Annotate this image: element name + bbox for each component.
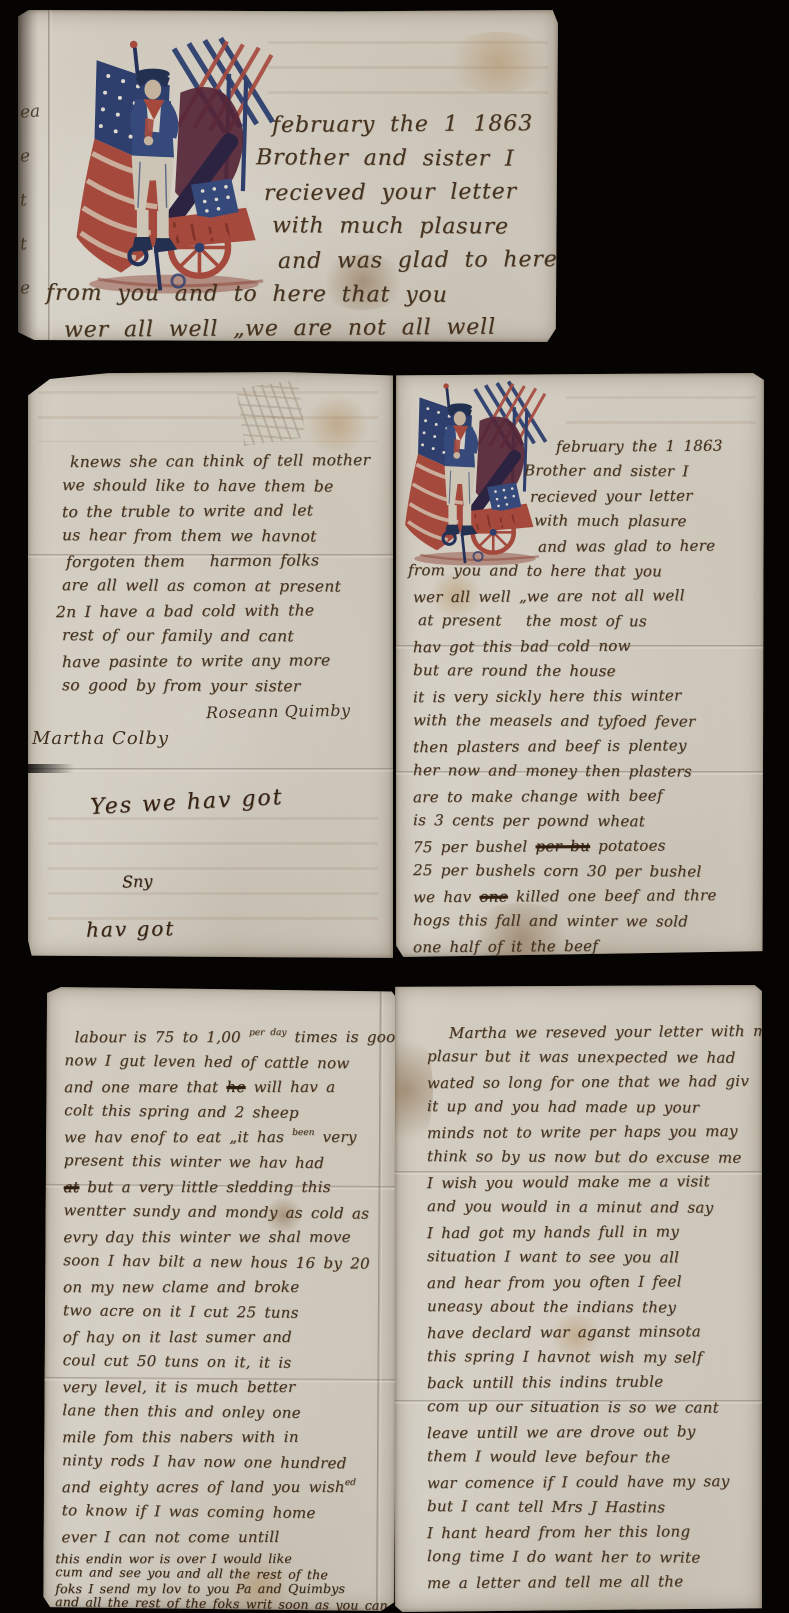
handwriting-line: leave untill we are drove out by	[427, 1422, 760, 1449]
handwriting-line: very level, it is much better	[62, 1378, 394, 1403]
interlinear-insertion: been	[292, 1128, 314, 1138]
handwriting-line: then plasters and beef is plentey	[413, 736, 762, 763]
handwriting-line: it is very sickly here this winter	[413, 686, 762, 713]
handwriting-line: from you and to here that you	[408, 561, 762, 588]
handwriting-block-cramped: this endin wor is over I would like cum …	[55, 1550, 393, 1611]
handwriting-line: february the 1 1863	[556, 436, 762, 462]
interlinear-insertion: per day	[249, 1028, 286, 1038]
ink-showthrough	[566, 381, 756, 433]
handwriting-line: mile fom this nabers with in	[62, 1428, 394, 1453]
handwriting-line: wer all well „we are not all well	[64, 314, 556, 342]
handwriting-line: evry day this winter we shal move	[63, 1228, 395, 1253]
handwriting-line: and you would in a minut and say	[427, 1197, 760, 1224]
letter-page-bottom-right: Martha we reseved your letter with much …	[395, 985, 762, 1612]
handwriting-line: have declard war aganst minsota	[427, 1322, 760, 1349]
handwriting-line: me a letter and tell me all the	[427, 1572, 760, 1599]
ink-showthrough	[38, 376, 378, 442]
handwriting-segment: and one mare that	[64, 1078, 226, 1096]
handwriting-segment: and eighty acres of land you wish	[62, 1478, 345, 1496]
handwriting-line: so good by from your sister	[62, 676, 391, 703]
handwriting-line: think so by us now but do excuse me	[427, 1147, 760, 1174]
handwriting-line: to the truble to write and let	[62, 501, 391, 528]
handwriting-line: wer all well „we are not all well	[413, 586, 762, 613]
handwriting-line: minds not to write per haps you may	[427, 1122, 760, 1149]
handwriting-line: we hav one killed one beef and thre	[413, 886, 762, 913]
crossed-out-text: per bu	[535, 837, 590, 855]
crossed-out-text: at	[64, 1178, 80, 1196]
handwriting-line: knews she can think of tell mother	[70, 451, 391, 478]
handwriting-line: are all well as comon at present	[62, 576, 391, 603]
handwriting-line: I had got my hands full in my	[427, 1222, 760, 1249]
handwriting-line: Martha we reseved your letter with much	[449, 1022, 760, 1049]
pen-trial-scrawl: Sny	[122, 871, 153, 891]
handwriting-segment: but a very little sledding this	[79, 1178, 331, 1196]
handwriting-line: hav got this bad cold now	[413, 636, 762, 663]
handwriting-line: and eighty acres of land you wished	[62, 1478, 394, 1503]
handwriting-block: Martha we reseved your letter with much …	[407, 1023, 760, 1598]
handwriting-segment: we hav	[413, 888, 480, 906]
handwriting-line: two acre on it I cut 25 tuns	[63, 1301, 395, 1330]
handwriting-line: we should like to have them be	[62, 476, 391, 503]
handwriting-line: and all the rest of the foks writ soon a…	[55, 1594, 393, 1611]
handwriting-line: labour is 75 to 1,00 per day times is go…	[75, 1028, 397, 1053]
handwriting-segment: very	[314, 1128, 356, 1146]
handwriting-line: at but a very little sledding this	[64, 1178, 396, 1203]
handwriting-line: are to make change with beef	[413, 786, 762, 813]
handwriting-line: and one mare that he will hav a	[64, 1078, 396, 1103]
handwriting-line: lane then this and onley one	[62, 1401, 394, 1430]
handwriting-line: plasur but it was unexpected we had	[427, 1047, 760, 1074]
handwriting-block: knews she can think of tell mother we sh…	[40, 452, 391, 702]
handwriting-line: recieved your letter	[530, 486, 762, 513]
handwriting-line: us hear from them we havnot	[62, 526, 391, 553]
signature-martha: Martha Colby	[32, 728, 169, 749]
handwriting-line: I hant heard from her this long	[427, 1522, 760, 1549]
fold-crease	[28, 768, 393, 772]
letter-scan-composite: eaette february the 1 1863 Brother and s…	[0, 0, 789, 1613]
handwriting-segment: potatoes	[590, 836, 666, 855]
handwriting-line: wentter sundy and mondy as cold as	[63, 1201, 395, 1230]
handwriting-line: is 3 cents per pownd wheat	[413, 811, 762, 838]
letter-page-top: eaette february the 1 1863 Brother and s…	[18, 10, 558, 342]
handwriting-line: situation I want to see you all	[427, 1247, 760, 1274]
handwriting-line: them I would leve befour the	[427, 1447, 760, 1474]
handwriting-line: with much plasure	[534, 511, 762, 537]
handwriting-segment: we hav enof to eat „it has	[64, 1128, 292, 1146]
handwriting-line: coul cut 50 tuns on it, it is	[62, 1351, 394, 1380]
handwriting-segment: times is good to	[286, 1028, 398, 1046]
handwriting-line: of hay on it last sumer and	[63, 1328, 395, 1353]
handwriting-line: I wish you would make me a visit	[427, 1172, 760, 1199]
handwriting-line: 25 per bushels corn 30 per bushel	[413, 861, 762, 888]
handwriting-line: present this winter we hav had	[64, 1151, 396, 1180]
handwriting-block: february the 1 1863 Brother and sister I…	[30, 112, 556, 342]
handwriting-segment: 75 per bushel	[413, 837, 536, 856]
handwriting-line: have pasinte to write any more	[62, 651, 391, 678]
crossed-out-text: one	[479, 888, 508, 906]
handwriting-line: hogs this fall and winter we sold	[413, 911, 762, 938]
handwriting-block: february the 1 1863 Brother and sister I…	[408, 437, 762, 957]
handwriting-line: february the 1 1863	[272, 111, 556, 147]
handwriting-line: Brother and sister I	[524, 461, 762, 487]
handwriting-line: at present the most of us	[418, 611, 762, 638]
handwriting-line: it up and you had made up your	[427, 1097, 760, 1124]
handwriting-line: now I gut leven hed of cattle now	[64, 1051, 396, 1080]
crossed-out-text: he	[226, 1078, 245, 1096]
signature-roseann: Roseann Quimby	[206, 701, 351, 723]
handwriting-line: war comence if I could have my say	[427, 1472, 760, 1499]
handwriting-line: 75 per bushel per bu potatoes	[413, 836, 762, 863]
handwriting-line: one half of it the beef	[413, 936, 762, 957]
handwriting-line: forgoten them harmon folks	[66, 551, 391, 578]
interlinear-insertion: ed	[345, 1478, 356, 1488]
handwriting-line: recieved your letter	[264, 179, 556, 215]
handwriting-line: but I cant tell Mrs J Hastins	[427, 1497, 760, 1524]
pen-trial-scrawl: hav got	[86, 916, 176, 942]
handwriting-line: but are round the house	[413, 661, 762, 688]
handwriting-line: rest of our family and cant	[62, 626, 391, 653]
handwriting-line: long time I do want her to write	[427, 1547, 760, 1574]
handwriting-line: her now and money then plasters	[413, 761, 762, 788]
handwriting-line: with the measels and tyfoed fever	[413, 711, 762, 738]
handwriting-line: and was glad to here	[538, 536, 762, 563]
handwriting-line: and hear from you often I feel	[427, 1272, 760, 1299]
handwriting-line: ninty rods I hav now one hundred	[62, 1451, 394, 1480]
handwriting-line: on my new clame and broke	[63, 1278, 395, 1303]
handwriting-line: 2n I have a bad cold with the	[56, 601, 391, 628]
handwriting-line: back untill this indins truble	[427, 1372, 760, 1399]
handwriting-line: soon I hav bilt a new hous 16 by 20	[63, 1251, 395, 1280]
handwriting-line: uneasy about the indians they	[427, 1297, 760, 1324]
fold-shadow	[28, 764, 74, 773]
handwriting-line: to know if I was coming home	[62, 1501, 394, 1530]
handwriting-line: colt this spring and 2 sheep	[64, 1101, 396, 1130]
handwriting-line: and was glad to here	[278, 247, 556, 283]
handwriting-line: wated so long for one that we had giv	[427, 1072, 760, 1099]
handwriting-segment: will hav a	[246, 1078, 336, 1096]
letter-page-middle-right: february the 1 1863 Brother and sister I…	[396, 373, 764, 957]
handwriting-line: from you and to here that you	[46, 281, 556, 318]
handwriting-line: Brother and sister I	[256, 145, 556, 181]
handwriting-line: com up our situation is so we cant	[427, 1397, 760, 1424]
handwriting-segment: labour is 75 to 1,00	[75, 1028, 249, 1046]
letter-page-middle-left: knews she can think of tell mother we sh…	[28, 372, 393, 958]
handwriting-line: with much plasure	[272, 213, 556, 248]
handwriting-segment: killed one beef and thre	[508, 886, 717, 905]
handwriting-line: this spring I havnot wish my self	[427, 1347, 760, 1374]
paper-stain	[438, 32, 558, 92]
letter-page-bottom-left: labour is 75 to 1,00 per day times is go…	[43, 987, 399, 1611]
handwriting-line: we hav enof to eat „it has been very	[64, 1128, 396, 1153]
handwriting-block: labour is 75 to 1,00 per day times is go…	[55, 1027, 396, 1554]
